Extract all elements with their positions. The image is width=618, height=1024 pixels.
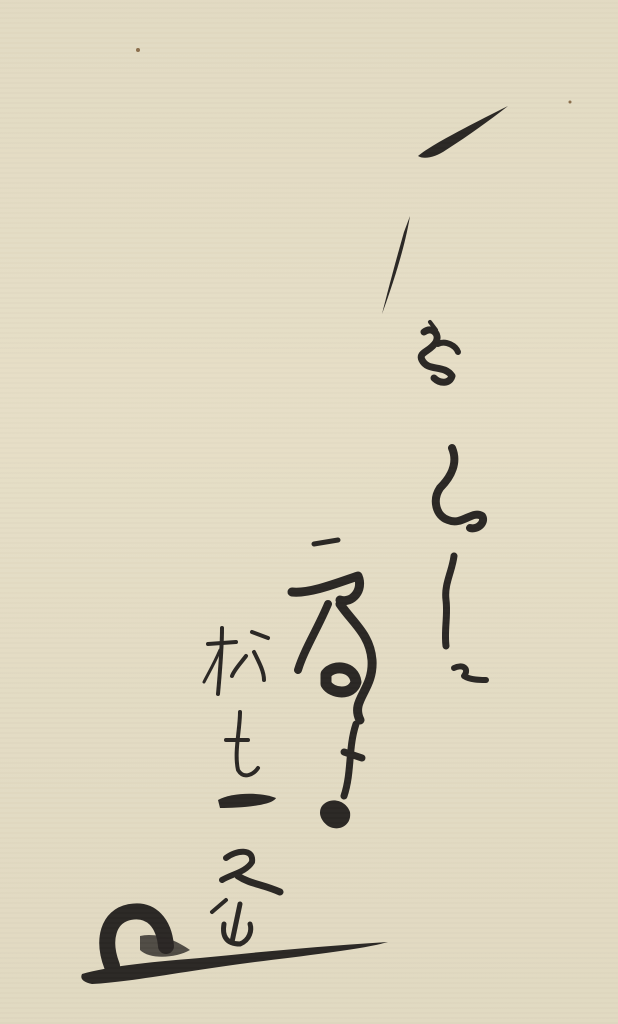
char-mo xyxy=(226,712,258,775)
paper-fleck xyxy=(569,101,572,104)
calligraphy-paper: 一ぞ らしく 高き 松も一荘 xyxy=(0,0,618,1024)
stroke-vertical xyxy=(382,216,410,314)
char-taka xyxy=(292,540,372,828)
calligraphy-strokes xyxy=(0,0,618,1024)
char-ichi xyxy=(218,794,276,808)
char-te xyxy=(454,666,486,680)
char-zo xyxy=(421,322,458,382)
paper-fleck xyxy=(136,48,140,52)
stroke-top-diagonal xyxy=(418,106,508,158)
char-ra xyxy=(436,448,483,528)
char-shi-ku xyxy=(445,556,454,646)
char-matsu xyxy=(204,628,268,694)
char-so xyxy=(212,852,280,944)
